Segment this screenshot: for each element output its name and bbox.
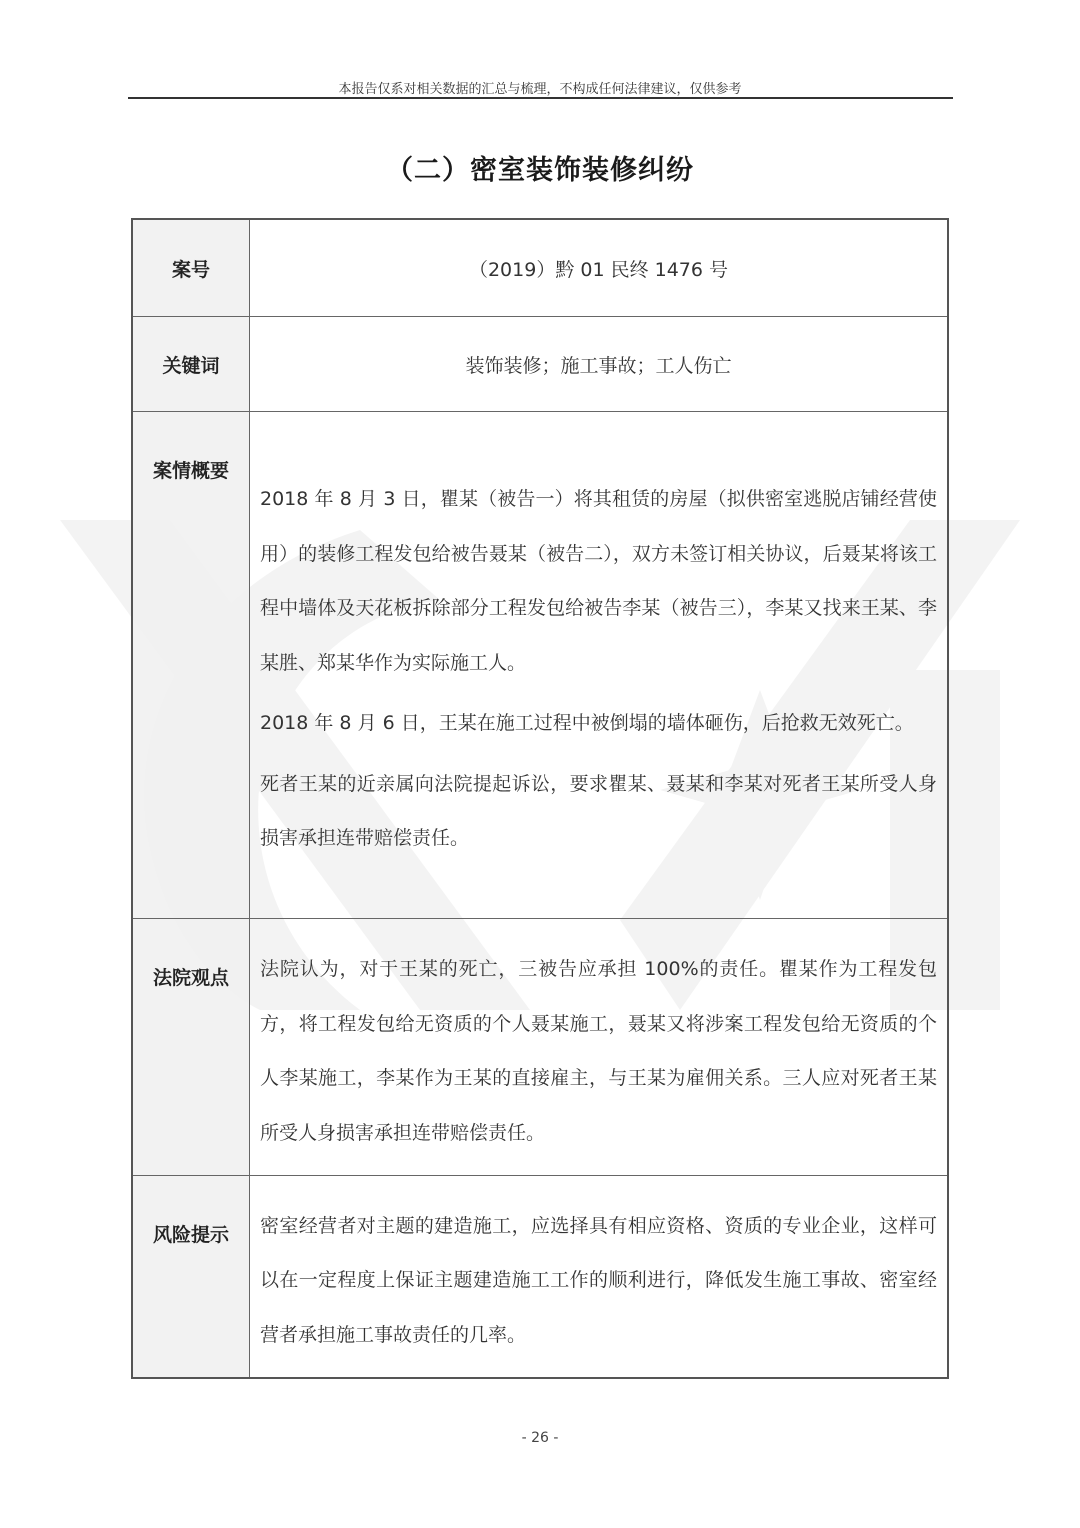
table-row-case-number: 案号 （2019）黔 01 民终 1476 号: [132, 219, 948, 317]
table-row-keywords: 关键词 装饰装修；施工事故；工人伤亡: [132, 317, 948, 412]
section-title: （二）密室装饰装修纠纷: [0, 148, 1080, 187]
header-disclaimer: 本报告仅系对相关数据的汇总与梳理，不构成任何法律建议，仅供参考: [0, 78, 1080, 97]
opinion-paragraph: 法院认为，对于王某的死亡，三被告应承担 100%的责任。瞿某作为工程发包方，将工…: [260, 942, 937, 1160]
value-keywords: 装饰装修；施工事故；工人伤亡: [250, 317, 949, 412]
table-row-risk-warning: 风险提示 密室经营者对主题的建造施工，应选择具有相应资格、资质的专业企业，这样可…: [132, 1176, 948, 1379]
label-court-opinion: 法院观点: [132, 919, 250, 1176]
label-risk-warning: 风险提示: [132, 1176, 250, 1379]
header-divider: [128, 97, 953, 99]
summary-paragraph: 2018 年 8 月 3 日，瞿某（被告一）将其租赁的房屋（拟供密室逃脱店铺经营…: [260, 472, 937, 690]
case-table: 案号 （2019）黔 01 民终 1476 号 关键词 装饰装修；施工事故；工人…: [131, 218, 949, 1379]
value-case-summary: 2018 年 8 月 3 日，瞿某（被告一）将其租赁的房屋（拟供密室逃脱店铺经营…: [250, 412, 949, 919]
label-case-number: 案号: [132, 219, 250, 317]
label-case-summary: 案情概要: [132, 412, 250, 919]
table-row-case-summary: 案情概要 2018 年 8 月 3 日，瞿某（被告一）将其租赁的房屋（拟供密室逃…: [132, 412, 948, 919]
page-number: - 26 -: [0, 1430, 1080, 1446]
risk-paragraph: 密室经营者对主题的建造施工，应选择具有相应资格、资质的专业企业，这样可以在一定程…: [260, 1199, 937, 1363]
value-risk-warning: 密室经营者对主题的建造施工，应选择具有相应资格、资质的专业企业，这样可以在一定程…: [250, 1176, 949, 1379]
label-keywords: 关键词: [132, 317, 250, 412]
summary-paragraph: 死者王某的近亲属向法院提起诉讼，要求瞿某、聂某和李某对死者王某所受人身损害承担连…: [260, 757, 937, 866]
value-case-number: （2019）黔 01 民终 1476 号: [250, 219, 949, 317]
summary-paragraph: 2018 年 8 月 6 日，王某在施工过程中被倒塌的墙体砸伤，后抢救无效死亡。: [260, 696, 937, 751]
value-court-opinion: 法院认为，对于王某的死亡，三被告应承担 100%的责任。瞿某作为工程发包方，将工…: [250, 919, 949, 1176]
table-row-court-opinion: 法院观点 法院认为，对于王某的死亡，三被告应承担 100%的责任。瞿某作为工程发…: [132, 919, 948, 1176]
